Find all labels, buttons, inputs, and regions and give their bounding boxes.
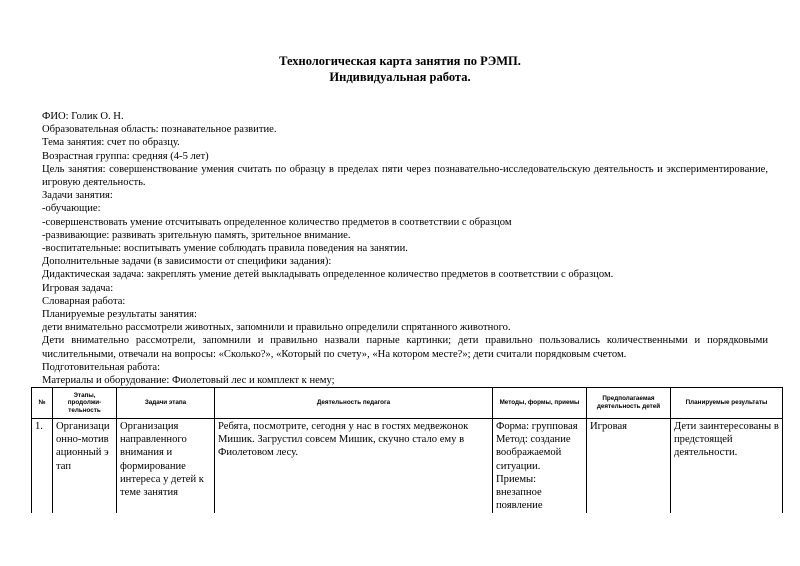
developing-task: -развивающие: развивать зрительную памят… [42, 229, 768, 242]
header-results: Планируемые результаты [671, 388, 783, 419]
materials-line: Материалы и оборудование: Фиолетовый лес… [42, 374, 768, 387]
cell-teacher: Ребята, посмотрите, сегодня у нас в гост… [215, 419, 493, 514]
table-header-row: № Этапы, продолжи-тельность Задачи этапа… [32, 388, 783, 419]
results-label: Планируемые результаты занятия: [42, 308, 768, 321]
vocabulary-work: Словарная работа: [42, 295, 768, 308]
cell-stage: Организационно-мотивационный этап [53, 419, 117, 514]
cell-results: Дети заинтересованы в предстоящей деятел… [671, 419, 783, 514]
header-teacher-activity: Деятельность педагога [215, 388, 493, 419]
lesson-info: ФИО: Голик О. Н. Образовательная область… [42, 110, 768, 387]
age-group-line: Возрастная группа: средняя (4-5 лет) [42, 150, 768, 163]
didactic-task: Дидактическая задача: закреплять умение … [42, 268, 768, 281]
header-num: № [32, 388, 53, 419]
cell-num: 1. [32, 419, 53, 514]
document-subtitle: Индивидуальная работа. [0, 69, 800, 85]
header-stage-tasks: Задачи этапа [117, 388, 215, 419]
result-1: дети внимательно рассмотрели животных, з… [42, 321, 768, 334]
table-row: 1. Организационно-мотивационный этап Орг… [32, 419, 783, 514]
cell-task: Организация направленного внимания и фор… [117, 419, 215, 514]
cell-methods: Форма: групповая Метод: создание воображ… [493, 419, 587, 514]
goal-paragraph: Цель занятия: совершенствование умения с… [42, 163, 768, 189]
document-title: Технологическая карта занятия по РЭМП. [0, 53, 800, 69]
tasks-label: Задачи занятия: [42, 189, 768, 202]
header-methods: Методы, формы, приемы [493, 388, 587, 419]
header-child-activity: Предполагаемая деятельность детей [587, 388, 671, 419]
prep-work: Подготовительная работа: [42, 361, 768, 374]
teaching-label: -обучающие: [42, 202, 768, 215]
area-line: Образовательная область: познавательное … [42, 123, 768, 136]
topic-line: Тема занятия: счет по образцу. [42, 136, 768, 149]
fio-line: ФИО: Голик О. Н. [42, 110, 768, 123]
cell-child-activity: Игровая [587, 419, 671, 514]
result-2: Дети внимательно рассмотрели, запомнили … [42, 334, 768, 360]
game-task: Игровая задача: [42, 282, 768, 295]
extra-tasks-label: Дополнительные задачи (в зависимости от … [42, 255, 768, 268]
lesson-plan-table: № Этапы, продолжи-тельность Задачи этапа… [31, 387, 783, 513]
teaching-task: -совершенствовать умение отсчитывать опр… [42, 216, 768, 229]
educational-task: -воспитательные: воспитывать умение собл… [42, 242, 768, 255]
header-stages: Этапы, продолжи-тельность [53, 388, 117, 419]
